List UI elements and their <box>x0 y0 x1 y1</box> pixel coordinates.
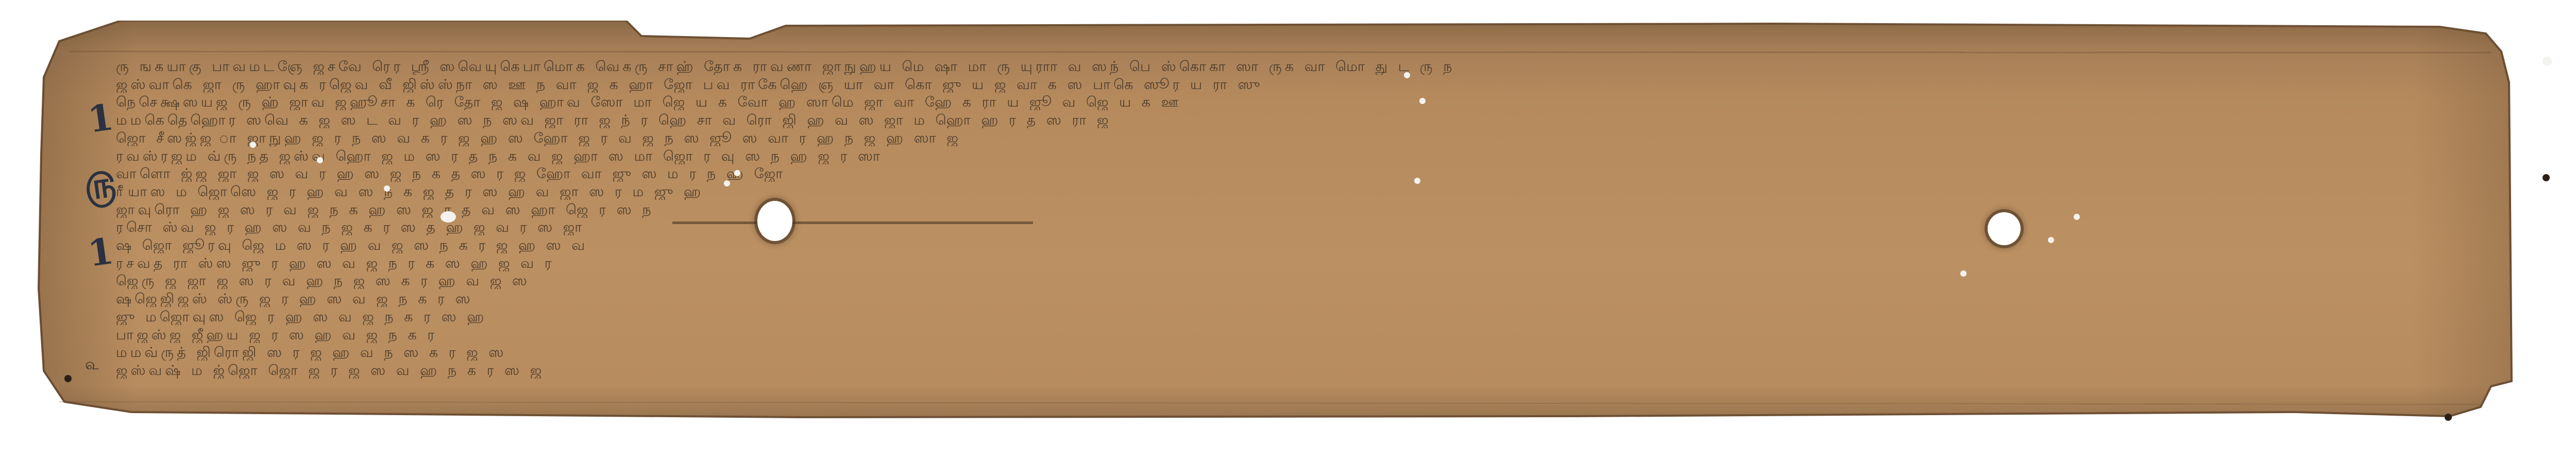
text-line: ஜெரு ஜ ஜா ஜ ஸ ர வ ஹ ந ஜ ஸ க ர ஹ வ ஜ ஸ <box>116 274 2517 289</box>
manuscript-scan-page: 1 ௫ 1 ௳ ரு ஙகயாகு பாவமடஞே ஜசவே ரெர ஸ்ரீ … <box>0 0 2576 461</box>
text-line: பாஜஸ்ஜ ஜீஹய ஜ ர ஸ ஹ வ ஜ ந க ர <box>116 328 2517 343</box>
left-margin-mark-1: 1 <box>85 96 115 141</box>
worm-hole <box>2074 214 2080 220</box>
worm-hole <box>250 142 256 148</box>
right-margin-leaf-number: 181 <box>2573 167 2576 214</box>
text-line: ரவஸ்ரஜம வ்ரு நத ஜஸ்வ ஹொ ஜ ம ஸ ர த ந க வ … <box>116 149 2517 164</box>
worm-hole <box>1960 270 1967 277</box>
left-margin-mark-2: ௫ <box>82 163 119 208</box>
worm-hole <box>1414 178 1420 184</box>
text-line: மமகெதெஹொர ஸவெ க ஜ ஸ ட வ ர ஹ ஸ ந ஸவ ஜா ரா… <box>116 113 2517 128</box>
text-line: ரு ஙகயாகு பாவமடஞே ஜசவே ரெர ஸ்ரீ ஸவெயுகெப… <box>116 59 2517 75</box>
worm-hole <box>1404 72 1410 78</box>
text-line: ரசவத ரா ஸ்ஸ ஜு ர ஹ ஸ வ ஜ ந ர க ஸ ஹ ஜ வ ர <box>116 256 2517 271</box>
worm-hole <box>384 185 390 192</box>
worm-hole <box>1419 98 1426 104</box>
text-line: மமவ்ருத் ஜிரொஜி ஸ ர ஜ ஹ வ ந ஸ க ர ஜ ஸ <box>116 345 2517 361</box>
text-line: ஜு மஜொவுஸ ஜெ ர ஹ ஸ வ ஜ ந க ர ஸ ஹ <box>116 310 2517 325</box>
text-line: வாளொ ஜ்ஜ ஜா ஜ ஸ வ ர ஹ ஸ ஜ ந க த ஸ ர ஜ ஹோ… <box>116 166 2517 182</box>
text-line: ஜஸ்வாகெ ஜா ரு ஹாவுக ரஜெவ வீ ஜிஸ்ஸ்நா ஸ ஊ… <box>116 77 2517 93</box>
worm-hole <box>2543 57 2552 66</box>
text-line: ஜஸ்வஷ் ம ஜ்ஜொ ஜொ ஜ ர ஜ ஸ வ ஹ ந க ர ஸ ஜ <box>116 363 2517 379</box>
text-line: ஷ ஜொ ஜூரவு ஜெ ம ஸ ர ஹ வ ஜ ஸ ந க ர ஜ ஹ ஸ … <box>116 238 2517 253</box>
bottom-left-small-mark: ௳ <box>85 355 99 375</box>
ink-dot <box>64 375 72 382</box>
text-line: ஜாவுரொ ஹ ஜ ஸ ர வ ஜ ந க ஹ ஸ ஜ ர த வ ஸ ஹா … <box>116 202 2517 218</box>
worm-hole <box>317 157 323 163</box>
text-line: ரசொ ஸ்வ ஜ ர ஹ ஸ வ ந ஜ க ர ஸ த ஹ ஜ வ ர ஸ … <box>116 220 2517 235</box>
text-line: ஷஜெஜிஜஸ் ஸ்ரு ஜ ர ஹ ஸ வ ஜ ந க ர ஸ <box>116 292 2517 307</box>
ink-dot <box>2543 174 2550 181</box>
left-margin-mark-3: 1 <box>85 230 115 275</box>
ruling-line <box>672 221 1033 224</box>
worm-hole <box>2048 237 2054 243</box>
worm-hole <box>440 211 456 223</box>
text-line: ரீ்யாஸ ம ஜொஸெ ஜ ர ஹ வ ஸ ந க ஜ த ர ஸ ஹ வ … <box>116 184 2517 200</box>
worm-hole <box>734 170 740 176</box>
text-line: ஜொ சீஸஜ்ஜ ா ஜாநுஹ ஜ ர ந ஸ வ க ர ஜ ஹ ஸ ஹோ… <box>116 131 2517 146</box>
binding-hole-right <box>1988 212 2021 245</box>
worm-hole <box>724 180 730 186</box>
text-line: நெசெக்ஷஸயஜ ரு ஹ் ஜாவ ஜஹூசா க ரெ தோ ஜ ஷ ஹ… <box>116 95 2517 110</box>
manuscript-text-block: ரு ஙகயாகு பாவமடஞே ஜசவே ரெர ஸ்ரீ ஸவெயுகெப… <box>116 59 2517 379</box>
ink-dot <box>2445 414 2452 421</box>
binding-hole-left <box>757 201 792 241</box>
palm-leaf: 1 ௫ 1 ௳ ரு ஙகயாகு பாவமடஞே ஜசவே ரெர ஸ்ரீ … <box>28 21 2576 433</box>
